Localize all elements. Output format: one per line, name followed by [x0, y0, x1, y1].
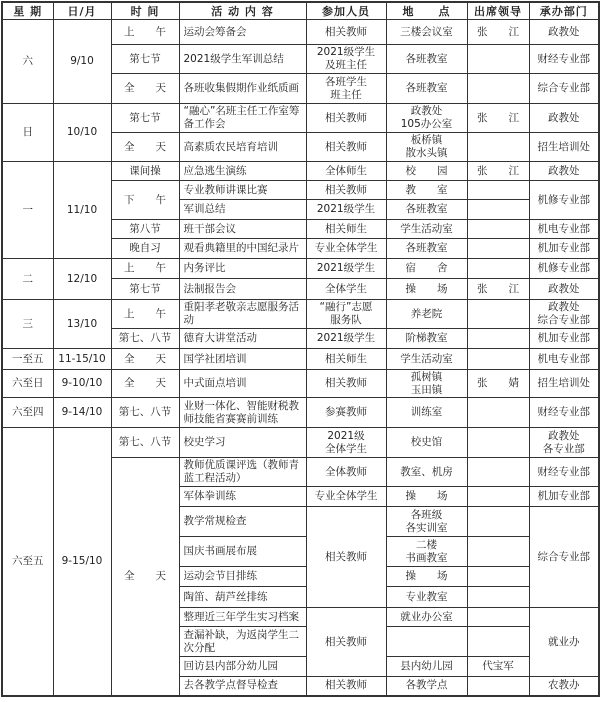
header-row: 星 期 日/月 时 间 活 动 内 容 参加人员 地 点 出席领导 承办部门 [2, 2, 599, 20]
location-cell: 操 场 [386, 487, 467, 507]
location-cell: 三楼会议室 [386, 20, 467, 45]
date-cell: 13/10 [53, 300, 111, 349]
time-cell: 上 午 [111, 259, 179, 279]
leader-cell [467, 627, 529, 657]
time-cell: 课间操 [111, 162, 179, 181]
leader-cell [467, 200, 529, 220]
time-cell: 第七、八节 [111, 329, 179, 349]
participants-cell: 2021级学生 [306, 259, 386, 279]
activity-cell: 运动会筹备会 [179, 20, 306, 45]
time-cell: 上 午 [111, 300, 179, 329]
activity-cell: 应急逃生演练 [179, 162, 306, 181]
department-cell: 财经专业部 [529, 398, 599, 428]
participants-cell: 专业全体学生 [306, 487, 386, 507]
location-cell: 各班教室 [386, 200, 467, 220]
department-cell: 综合专业部 [529, 74, 599, 104]
activity-cell: 业财一体化、智能财税教师技能省赛赛前训练 [179, 398, 306, 428]
header-date: 日/月 [53, 2, 111, 20]
leader-cell [467, 259, 529, 279]
leader-cell [467, 133, 529, 162]
date-cell: 9-10/10 [53, 370, 111, 398]
table-row: 日 10/10 第七节 “融心”名班主任工作室筹备工作会 相关教师 政教处 10… [2, 104, 599, 133]
participants-cell: 相关教师 [306, 20, 386, 45]
header-department: 承办部门 [529, 2, 599, 20]
participants-cell: 相关教师 [306, 507, 386, 608]
table-row: 六至四 9-14/10 第七、八节 业财一体化、智能财税教师技能省赛赛前训练 参… [2, 398, 599, 428]
location-cell: 二楼 书画教室 [386, 537, 467, 567]
location-cell: 各班教室 [386, 74, 467, 104]
location-cell: 板桥镇 散水头镇 [386, 133, 467, 162]
header-location: 地 点 [386, 2, 467, 20]
department-cell: 机加专业部 [529, 239, 599, 259]
participants-cell: 相关教师 [306, 608, 386, 677]
time-cell: 全 天 [111, 74, 179, 104]
leader-cell [467, 587, 529, 608]
location-cell: 养老院 [386, 300, 467, 329]
location-cell [386, 627, 467, 657]
leader-cell [467, 428, 529, 458]
participants-cell: 全体学生 [306, 279, 386, 300]
location-cell: 就业办公室 [386, 608, 467, 627]
table-row: 三 13/10 上 午 重阳孝老敬亲志愿服务活动 “融行”志愿 服务队 养老院 … [2, 300, 599, 329]
activity-cell: 军体拳训练 [179, 487, 306, 507]
leader-cell: 张 婧 [467, 370, 529, 398]
location-cell: 训练室 [386, 398, 467, 428]
location-cell: 教室、机房 [386, 458, 467, 487]
leader-cell [467, 537, 529, 567]
location-cell: 各班级 各实训室 [386, 507, 467, 537]
location-cell: 各班教室 [386, 239, 467, 259]
date-cell: 11/10 [53, 162, 111, 259]
leader-cell [467, 349, 529, 370]
location-cell: 专业教室 [386, 587, 467, 608]
header-time: 时 间 [111, 2, 179, 20]
department-cell: 机加专业部 [529, 329, 599, 349]
department-cell: 招生培训处 [529, 133, 599, 162]
weekday-cell: 六至日 [2, 370, 53, 398]
participants-cell: 相关教师 [306, 133, 386, 162]
location-cell: 宿 舍 [386, 259, 467, 279]
department-cell: 政教处 综合专业部 [529, 300, 599, 329]
header-weekday: 星 期 [2, 2, 53, 20]
location-cell: 校 园 [386, 162, 467, 181]
activity-cell: 军训总结 [179, 200, 306, 220]
date-cell: 9-15/10 [53, 428, 111, 696]
participants-cell: 参赛教师 [306, 398, 386, 428]
leader-cell [467, 74, 529, 104]
activity-cell: “融心”名班主任工作室筹备工作会 [179, 104, 306, 133]
time-cell: 全 天 [111, 458, 179, 696]
weekly-schedule-table: 星 期 日/月 时 间 活 动 内 容 参加人员 地 点 出席领导 承办部门 六… [1, 1, 600, 697]
participants-cell: 2021级学生 [306, 200, 386, 220]
department-cell: 综合专业部 [529, 507, 599, 608]
activity-cell: 高素质农民培育培训 [179, 133, 306, 162]
leader-cell [467, 329, 529, 349]
location-cell: 教 室 [386, 181, 467, 200]
location-cell: 操 场 [386, 567, 467, 587]
location-cell: 操 场 [386, 279, 467, 300]
weekday-cell: 一 [2, 162, 53, 259]
time-cell: 第七节 [111, 45, 179, 74]
weekday-cell: 六 [2, 20, 53, 104]
location-cell: 各班教室 [386, 45, 467, 74]
participants-cell: 相关师生 [306, 220, 386, 239]
participants-cell: 各班学生 班主任 [306, 74, 386, 104]
department-cell: 招生培训处 [529, 370, 599, 398]
leader-cell [467, 300, 529, 329]
department-cell: 财经专业部 [529, 458, 599, 487]
time-cell: 下 午 [111, 181, 179, 220]
table-row: 六至日 9-10/10 全 天 中式面点培训 相关教师 孤树镇 玉田镇 张 婧 … [2, 370, 599, 398]
participants-cell: 相关教师 [306, 370, 386, 398]
participants-cell: 专业全体学生 [306, 239, 386, 259]
weekday-cell: 日 [2, 104, 53, 162]
location-cell: 政教处 105办公室 [386, 104, 467, 133]
participants-cell: 相关教师 [306, 104, 386, 133]
department-cell: 财经专业部 [529, 45, 599, 74]
activity-cell: 2021级学生军训总结 [179, 45, 306, 74]
department-cell: 政教处 [529, 20, 599, 45]
weekday-cell: 二 [2, 259, 53, 300]
leader-cell [467, 677, 529, 696]
leader-cell: 张 江 [467, 104, 529, 133]
leader-cell [467, 239, 529, 259]
time-cell: 全 天 [111, 133, 179, 162]
header-participants: 参加人员 [306, 2, 386, 20]
time-cell: 晚自习 [111, 239, 179, 259]
time-cell: 第七节 [111, 279, 179, 300]
weekday-cell: 六至五 [2, 428, 53, 696]
department-cell: 机加专业部 [529, 487, 599, 507]
participants-cell: 2021级学生 及班主任 [306, 45, 386, 74]
department-cell: 政教处 各专业部 [529, 428, 599, 458]
location-cell: 各教学点 [386, 677, 467, 696]
leader-cell [467, 220, 529, 239]
location-cell: 校史馆 [386, 428, 467, 458]
participants-cell: 2021级 全体学生 [306, 428, 386, 458]
date-cell: 12/10 [53, 259, 111, 300]
activity-cell: 整理近三年学生实习档案 [179, 608, 306, 627]
department-cell: 政教处 [529, 104, 599, 133]
date-cell: 9/10 [53, 20, 111, 104]
leader-cell [467, 398, 529, 428]
location-cell: 学生活动室 [386, 349, 467, 370]
leader-cell: 张 江 [467, 279, 529, 300]
department-cell: 机电专业部 [529, 220, 599, 239]
location-cell: 阶梯教室 [386, 329, 467, 349]
location-cell: 学生活动室 [386, 220, 467, 239]
leader-cell [467, 181, 529, 200]
activity-cell: 国学社团培训 [179, 349, 306, 370]
activity-cell: 重阳孝老敬亲志愿服务活动 [179, 300, 306, 329]
department-cell: 政教处 [529, 162, 599, 181]
time-cell: 第七、八节 [111, 428, 179, 458]
activity-cell: 德育大讲堂活动 [179, 329, 306, 349]
location-cell: 县内幼儿园 [386, 657, 467, 677]
weekday-cell: 六至四 [2, 398, 53, 428]
activity-cell: 法制报告会 [179, 279, 306, 300]
time-cell: 第七、八节 [111, 398, 179, 428]
table-row: 六至五 9-15/10 第七、八节 校史学习 2021级 全体学生 校史馆 政教… [2, 428, 599, 458]
participants-cell: 全体师生 [306, 162, 386, 181]
time-cell: 全 天 [111, 349, 179, 370]
activity-cell: 运动会节目排练 [179, 567, 306, 587]
table-row: 一至五 11-15/10 全 天 国学社团培训 相关师生 学生活动室 机电专业部 [2, 349, 599, 370]
leader-cell [467, 608, 529, 627]
table-row: 二 12/10 上 午 内务评比 2021级学生 宿 舍 机修专业部 [2, 259, 599, 279]
participants-cell: 全体教师 [306, 458, 386, 487]
date-cell: 11-15/10 [53, 349, 111, 370]
participants-cell: 2021级学生 [306, 329, 386, 349]
leader-cell: 代宝军 [467, 657, 529, 677]
activity-cell: 去各教学点督导检查 [179, 677, 306, 696]
table-row: 一 11/10 课间操 应急逃生演练 全体师生 校 园 张 江 政教处 [2, 162, 599, 181]
activity-cell: 国庆书画展布展 [179, 537, 306, 567]
activity-cell: 专业教师讲课比赛 [179, 181, 306, 200]
department-cell: 机电专业部 [529, 349, 599, 370]
activity-cell: 中式面点培训 [179, 370, 306, 398]
leader-cell [467, 458, 529, 487]
activity-cell: 教学常规检查 [179, 507, 306, 537]
activity-cell: 内务评比 [179, 259, 306, 279]
activity-cell: 各班收集假期作业纸质画 [179, 74, 306, 104]
activity-cell: 校史学习 [179, 428, 306, 458]
leader-cell: 张 江 [467, 20, 529, 45]
time-cell: 第八节 [111, 220, 179, 239]
activity-cell: 查漏补缺，为返岗学生二次分配 [179, 627, 306, 657]
activity-cell: 回访县内部分幼儿园 [179, 657, 306, 677]
department-cell: 就业办 [529, 608, 599, 677]
weekday-cell: 三 [2, 300, 53, 349]
participants-cell: 相关师生 [306, 349, 386, 370]
header-leader: 出席领导 [467, 2, 529, 20]
leader-cell [467, 487, 529, 507]
leader-cell [467, 567, 529, 587]
activity-cell: 观看典籍里的中国纪录片 [179, 239, 306, 259]
leader-cell [467, 507, 529, 537]
department-cell: 农教办 [529, 677, 599, 696]
leader-cell [467, 45, 529, 74]
department-cell: 机修专业部 [529, 259, 599, 279]
activity-cell: 教师优质课评选（教师青蓝工程活动） [179, 458, 306, 487]
location-cell: 孤树镇 玉田镇 [386, 370, 467, 398]
participants-cell: 相关教师 [306, 181, 386, 200]
department-cell: 政教处 [529, 279, 599, 300]
leader-cell: 张 江 [467, 162, 529, 181]
participants-cell: “融行”志愿 服务队 [306, 300, 386, 329]
time-cell: 第七节 [111, 104, 179, 133]
time-cell: 全 天 [111, 370, 179, 398]
date-cell: 10/10 [53, 104, 111, 162]
table-row: 六 9/10 上 午 运动会筹备会 相关教师 三楼会议室 张 江 政教处 [2, 20, 599, 45]
header-activity: 活 动 内 容 [179, 2, 306, 20]
activity-cell: 陶笛、葫芦丝排练 [179, 587, 306, 608]
participants-cell: 相关教师 [306, 677, 386, 696]
weekday-cell: 一至五 [2, 349, 53, 370]
date-cell: 9-14/10 [53, 398, 111, 428]
time-cell: 上 午 [111, 20, 179, 45]
activity-cell: 班干部会议 [179, 220, 306, 239]
department-cell: 机修专业部 [529, 181, 599, 220]
